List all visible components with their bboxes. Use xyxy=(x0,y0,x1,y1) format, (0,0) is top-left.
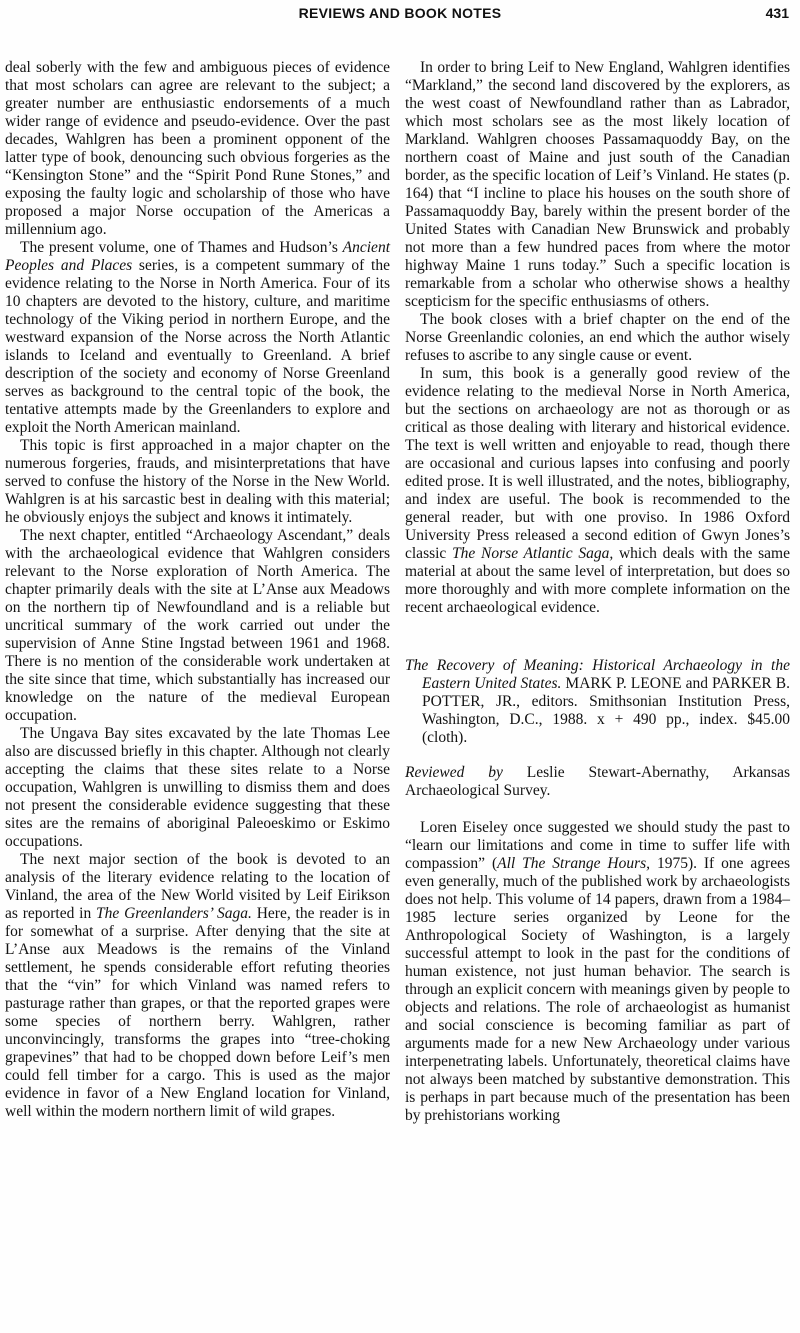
text-run: In order to bring Leif to New England, W… xyxy=(405,59,790,310)
journal-page: REVIEWS AND BOOK NOTES 431 deal soberly … xyxy=(0,0,800,1333)
italic-text-run: Reviewed by xyxy=(405,764,527,781)
italic-text-run: The Norse Atlantic Saga, xyxy=(452,545,613,562)
italic-text-run: All The Strange Hours, xyxy=(497,855,650,872)
page-header: REVIEWS AND BOOK NOTES 431 xyxy=(0,5,800,23)
text-run: The Ungava Bay sites excavated by the la… xyxy=(5,725,390,850)
review-paragraph: In order to bring Leif to New England, W… xyxy=(405,59,790,311)
reviewer-byline: Reviewed by Leslie Stewart-Abernathy, Ar… xyxy=(405,764,790,800)
two-column-body: deal soberly with the few and ambiguous … xyxy=(5,59,790,1125)
review-paragraph: The next chapter, entitled “Archaeology … xyxy=(5,527,390,725)
text-run: In sum, this book is a generally good re… xyxy=(405,365,790,562)
left-column: deal soberly with the few and ambiguous … xyxy=(5,59,390,1125)
text-run: The next chapter, entitled “Archaeology … xyxy=(5,527,390,724)
text-run: This topic is first approached in a majo… xyxy=(5,437,390,526)
text-run: 1975). If one agrees even generally, muc… xyxy=(405,855,790,1124)
text-run: The book closes with a brief chapter on … xyxy=(405,311,790,364)
review-paragraph: deal soberly with the few and ambiguous … xyxy=(5,59,390,239)
review-paragraph: The book closes with a brief chapter on … xyxy=(405,311,790,365)
review-paragraph: The next major section of the book is de… xyxy=(5,851,390,1121)
text-run: Here, the reader is in for somewhat of a… xyxy=(5,905,390,1120)
page-number: 431 xyxy=(766,5,789,21)
review-paragraph: In sum, this book is a generally good re… xyxy=(405,365,790,617)
review-paragraph: Loren Eiseley once suggested we should s… xyxy=(405,819,790,1125)
running-head: REVIEWS AND BOOK NOTES xyxy=(0,5,800,21)
review-paragraph: The Ungava Bay sites excavated by the la… xyxy=(5,725,390,851)
review-paragraph: The present volume, one of Thames and Hu… xyxy=(5,239,390,437)
review-paragraph: This topic is first approached in a majo… xyxy=(5,437,390,527)
right-column: In order to bring Leif to New England, W… xyxy=(405,59,790,1125)
book-citation: The Recovery of Meaning: Historical Arch… xyxy=(405,657,790,747)
text-run: series, is a competent summary of the ev… xyxy=(5,257,390,436)
italic-text-run: The Greenlanders’ Saga. xyxy=(96,905,252,922)
text-run: deal soberly with the few and ambiguous … xyxy=(5,59,390,238)
text-run: The present volume, one of Thames and Hu… xyxy=(20,239,343,256)
